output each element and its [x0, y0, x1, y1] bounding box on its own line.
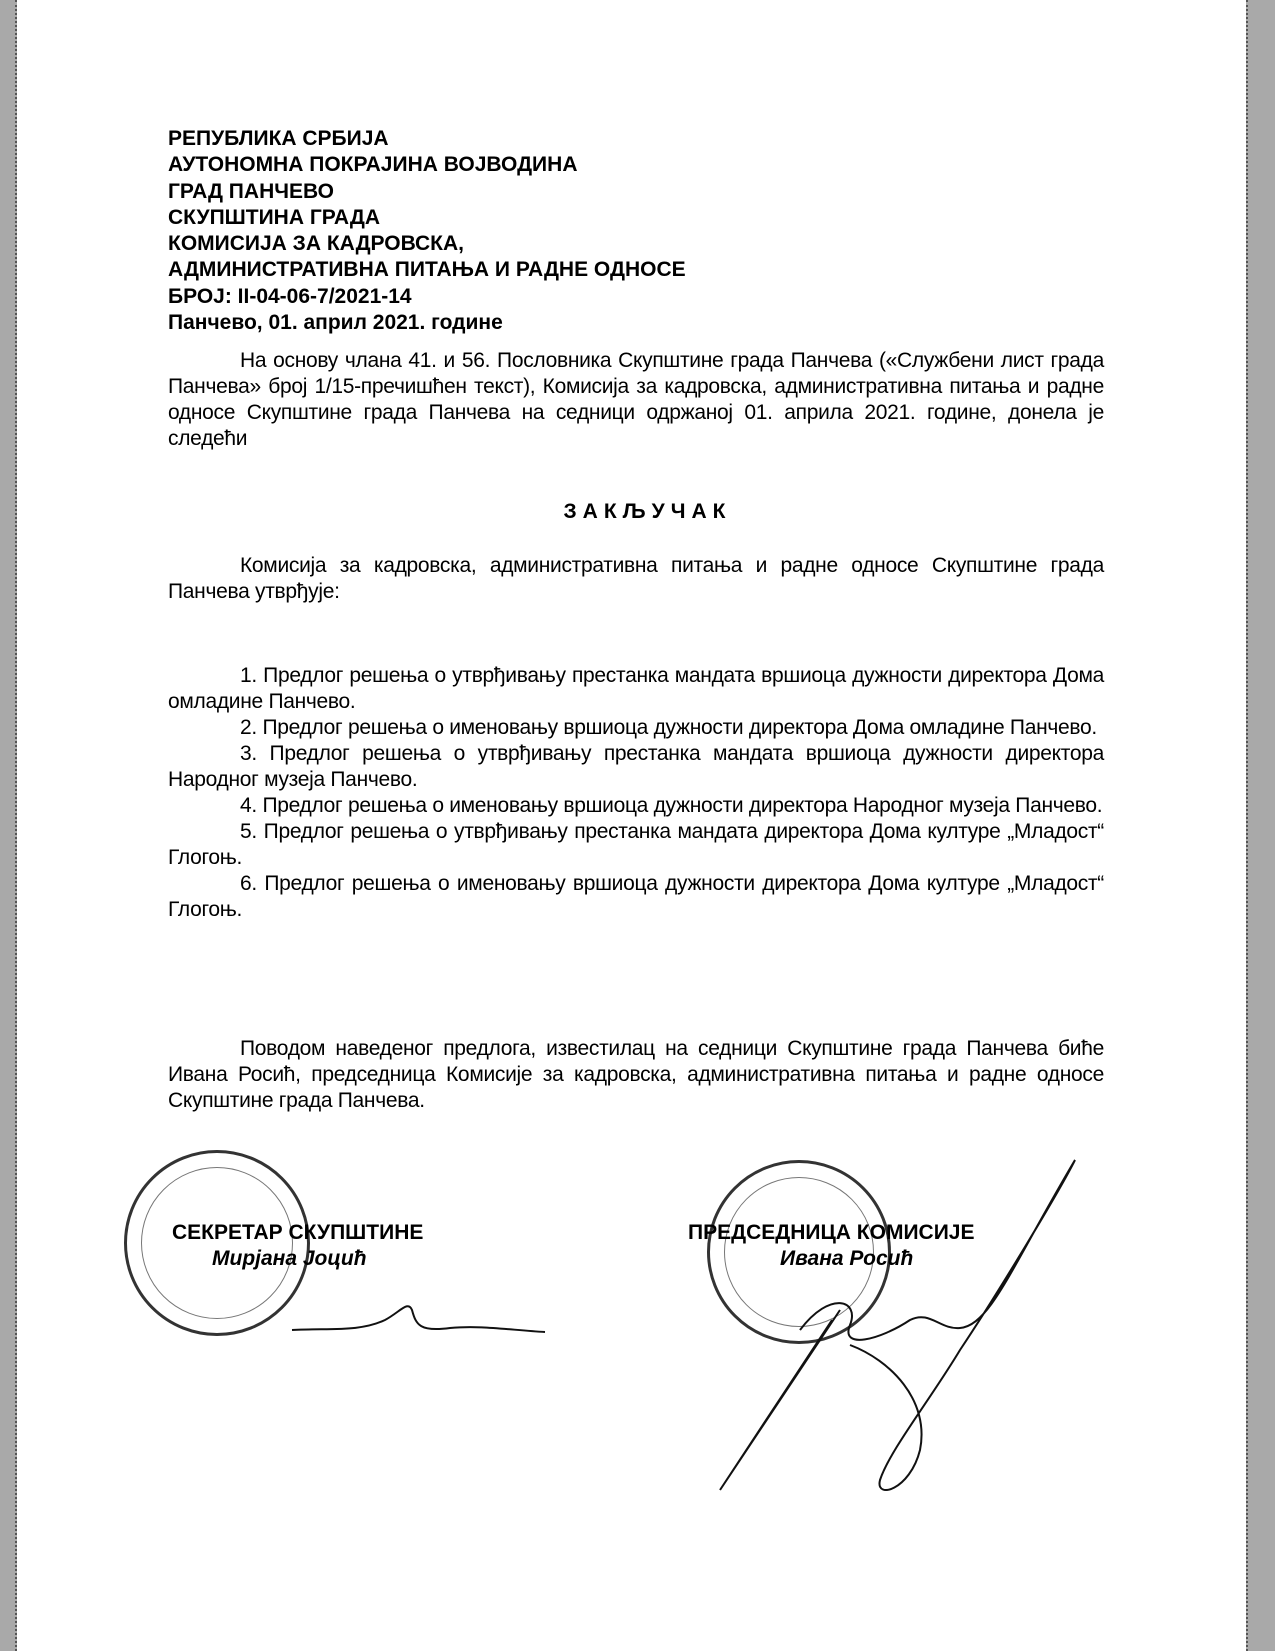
header-line: СКУПШТИНА ГРАДА — [168, 205, 686, 231]
list-item: 1. Предлог решења о утврђивању престанка… — [168, 663, 1104, 715]
document-title: ЗАКЉУЧАК — [0, 500, 1275, 524]
list-item: 6. Предлог решења о именовању вршиоца ду… — [168, 871, 1104, 923]
preamble-text: На основу члана 41. и 56. Пословника Ску… — [168, 349, 1104, 450]
signature-left — [290, 1270, 550, 1350]
header-line: РЕПУБЛИКА СРБИЈА — [168, 126, 686, 152]
list-item: 2. Предлог решења о именовању вршиоца ду… — [168, 715, 1104, 741]
document-date: Панчево, 01. април 2021. године — [168, 310, 686, 336]
signature-block-right: ПРЕДСЕДНИЦА КОМИСИЈЕ Ивана Росић — [688, 1220, 974, 1272]
header-line: АДМИНИСТРАТИВНА ПИТАЊА И РАДНЕ ОДНОСЕ — [168, 257, 686, 283]
items-list: 1. Предлог решења о утврђивању престанка… — [168, 663, 1104, 923]
scan-edge-right — [1246, 0, 1275, 1651]
signatory-role-right: ПРЕДСЕДНИЦА КОМИСИЈЕ — [688, 1221, 974, 1244]
signature-block-left: СЕКРЕТАР СКУПШТИНЕ Мирјана Јоцић — [172, 1220, 423, 1272]
document-header: РЕПУБЛИКА СРБИЈА АУТОНОМНА ПОКРАЈИНА ВОЈ… — [168, 126, 686, 336]
signatory-name-left: Мирјана Јоцић — [172, 1246, 423, 1272]
list-item: 5. Предлог решења о утврђивању престанка… — [168, 819, 1104, 871]
closing-paragraph: Поводом наведеног предлога, известилац н… — [168, 1036, 1104, 1114]
intro-paragraph: Комисија за кадровска, административна п… — [168, 553, 1104, 605]
list-item: 4. Предлог решења о именовању вршиоца ду… — [168, 793, 1104, 819]
list-item: 3. Предлог решења о утврђивању престанка… — [168, 741, 1104, 793]
closing-text: Поводом наведеног предлога, известилац н… — [168, 1037, 1104, 1112]
scan-edge-left — [0, 0, 17, 1651]
signatory-name-right: Ивана Росић — [688, 1246, 974, 1272]
header-line: АУТОНОМНА ПОКРАЈИНА ВОЈВОДИНА — [168, 152, 686, 178]
preamble-paragraph: На основу члана 41. и 56. Пословника Ску… — [168, 348, 1104, 452]
header-line: КОМИСИЈА ЗА КАДРОВСКА, — [168, 231, 686, 257]
signature-right — [660, 1150, 1080, 1510]
header-line: ГРАД ПАНЧЕВО — [168, 179, 686, 205]
document-number: БРОЈ: II-04-06-7/2021-14 — [168, 284, 686, 310]
signatory-role-left: СЕКРЕТАР СКУПШТИНЕ — [172, 1221, 423, 1244]
intro-text: Комисија за кадровска, административна п… — [168, 554, 1104, 603]
